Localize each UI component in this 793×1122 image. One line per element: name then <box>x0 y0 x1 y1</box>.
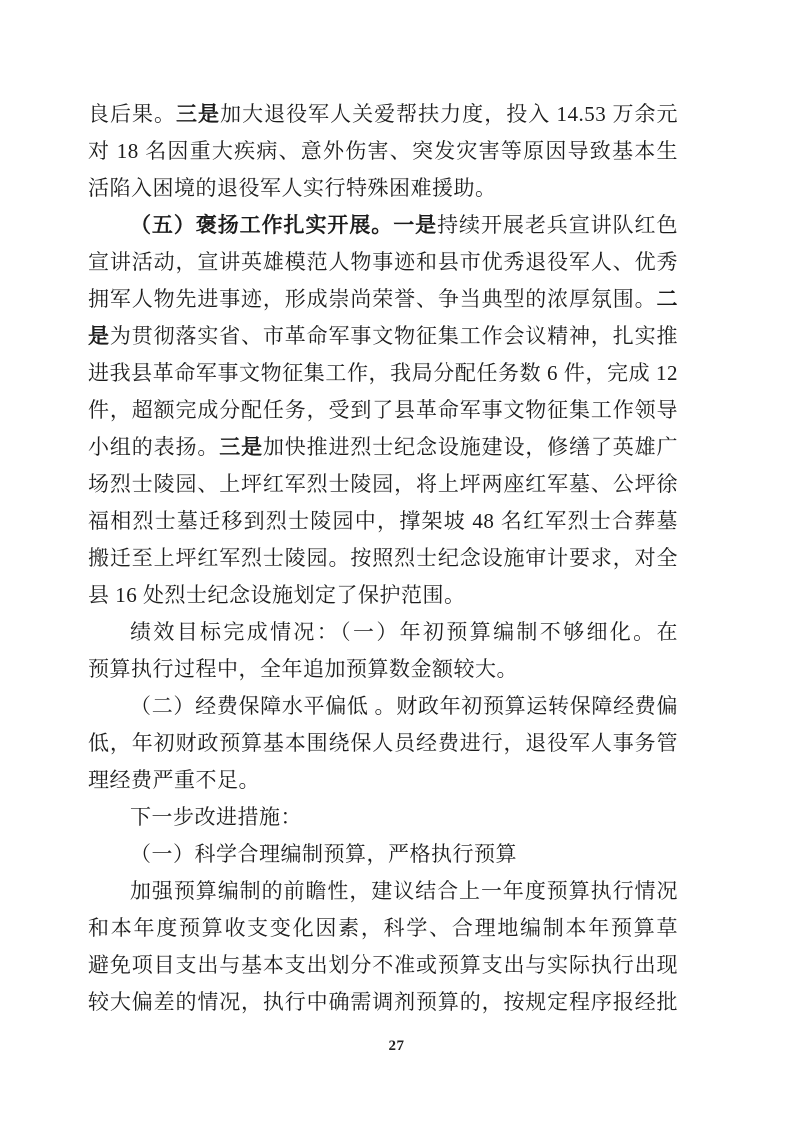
text-segment: 小组的表扬。 <box>88 435 219 459</box>
text-segment: 搬迁至上坪红军烈士陵园。按照烈士纪念设施审计要求，对全 <box>88 546 678 570</box>
text-line: 福相烈士墓迁移到烈士陵园中，撑架坡 48 名红军烈士合葬墓 <box>88 503 678 540</box>
text-line: （五）褒扬工作扎实开展。一是持续开展老兵宣讲队红色 <box>88 207 678 244</box>
text-segment: 和本年度预算收支变化因素，科学、合理地编制本年预算草案， <box>88 916 678 947</box>
document-page: 良后果。三是加大退役军人关爱帮扶力度，投入 14.53 万余元对 18 名因重大… <box>0 0 793 1122</box>
text-segment: 加快推进烈士纪念设施建设，修缮了英雄广 <box>263 435 678 459</box>
text-segment: 县 16 处烈士纪念设施划定了保护范围。 <box>88 583 466 607</box>
text-line: 和本年度预算收支变化因素，科学、合理地编制本年预算草案， <box>88 910 678 947</box>
text-line: 搬迁至上坪红军烈士陵园。按照烈士纪念设施审计要求，对全 <box>88 540 678 577</box>
text-line: 较大偏差的情况，执行中确需调剂预算的，按规定程序报经批 <box>88 984 678 1021</box>
text-line: 理经费严重不足。 <box>88 762 678 799</box>
text-segment: 对 18 名因重大疾病、意外伤害、突发灾害等原因导致基本生 <box>88 139 678 163</box>
text-line: 场烈士陵园、上坪红军烈士陵园，将上坪两座红军墓、公坪徐 <box>88 466 678 503</box>
text-segment: 活陷入困境的退役军人实行特殊困难援助。 <box>88 176 497 200</box>
text-segment: 理经费严重不足。 <box>88 768 260 792</box>
text-segment: 较大偏差的情况，执行中确需调剂预算的，按规定程序报经批 <box>88 990 678 1014</box>
text-segment: 进我县革命军事文物征集工作，我局分配任务数 6 件，完成 12 <box>88 361 678 385</box>
text-segment: 持续开展老兵宣讲队红色 <box>437 213 678 237</box>
text-segment: 下一步改进措施： <box>130 805 302 829</box>
text-line: 避免项目支出与基本支出划分不准或预算支出与实际执行出现 <box>88 947 678 984</box>
text-segment: 加大退役军人关爱帮扶力度，投入 14.53 万余元 <box>220 102 678 126</box>
text-segment: 件，超额完成分配任务，受到了县革命军事文物征集工作领导 <box>88 398 678 422</box>
text-line: 低，年初财政预算基本围绕保人员经费进行，退役军人事务管 <box>88 725 678 762</box>
text-line: 是为贯彻落实省、市革命军事文物征集工作会议精神，扎实推 <box>88 318 678 355</box>
text-line: （一）科学合理编制预算，严格执行预算 <box>88 836 678 873</box>
text-line: 件，超额完成分配任务，受到了县革命军事文物征集工作领导 <box>88 392 678 429</box>
text-line: （二）经费保障水平偏低 。财政年初预算运转保障经费偏 <box>88 688 678 725</box>
text-line: 良后果。三是加大退役军人关爱帮扶力度，投入 14.53 万余元 <box>88 96 678 133</box>
text-segment: 宣讲活动，宣讲英雄模范人物事迹和县市优秀退役军人、优秀 <box>88 250 678 274</box>
text-line: 加强预算编制的前瞻性，建议结合上一年度预算执行情况 <box>88 873 678 910</box>
text-line: 对 18 名因重大疾病、意外伤害、突发灾害等原因导致基本生 <box>88 133 678 170</box>
text-line: 活陷入困境的退役军人实行特殊困难援助。 <box>88 170 678 207</box>
text-segment: 良后果。 <box>88 102 176 126</box>
text-segment: 绩效目标完成情况：（一）年初预算编制不够细化。在 <box>130 620 678 644</box>
text-segment: 预算执行过程中，全年追加预算数金额较大。 <box>88 657 518 681</box>
text-segment: 福相烈士墓迁移到烈士陵园中，撑架坡 48 名红军烈士合葬墓 <box>88 509 678 533</box>
text-segment: （一）科学合理编制预算，严格执行预算 <box>130 842 517 866</box>
text-line: 进我县革命军事文物征集工作，我局分配任务数 6 件，完成 12 <box>88 355 678 392</box>
text-line: 下一步改进措施： <box>88 799 678 836</box>
text-segment: 加强预算编制的前瞻性，建议结合上一年度预算执行情况 <box>130 879 678 903</box>
bold-text-segment: （五）褒扬工作扎实开展。一是 <box>130 213 437 237</box>
text-line: 小组的表扬。三是加快推进烈士纪念设施建设，修缮了英雄广 <box>88 429 678 466</box>
text-segment: 场烈士陵园、上坪红军烈士陵园，将上坪两座红军墓、公坪徐 <box>88 472 678 496</box>
text-segment: 低，年初财政预算基本围绕保人员经费进行，退役军人事务管 <box>88 731 678 755</box>
text-segment: （二）经费保障水平偏低 。财政年初预算运转保障经费偏 <box>130 694 678 718</box>
text-line: 拥军人物先进事迹，形成崇尚荣誉、争当典型的浓厚氛围。二 <box>88 281 678 318</box>
bold-text-segment: 三是 <box>176 102 220 126</box>
bold-text-segment: 是 <box>88 324 110 348</box>
bold-text-segment: 三是 <box>219 435 263 459</box>
text-segment: 避免项目支出与基本支出划分不准或预算支出与实际执行出现 <box>88 953 678 977</box>
page-number: 27 <box>0 1038 793 1055</box>
text-segment: 拥军人物先进事迹，形成崇尚荣誉、争当典型的浓厚氛围。 <box>88 287 657 311</box>
bold-text-segment: 二 <box>657 287 679 311</box>
text-line: 预算执行过程中，全年追加预算数金额较大。 <box>88 651 678 688</box>
text-line: 县 16 处烈士纪念设施划定了保护范围。 <box>88 577 678 614</box>
text-segment: 为贯彻落实省、市革命军事文物征集工作会议精神，扎实推 <box>110 324 678 348</box>
text-line: 宣讲活动，宣讲英雄模范人物事迹和县市优秀退役军人、优秀 <box>88 244 678 281</box>
document-lines: 良后果。三是加大退役军人关爱帮扶力度，投入 14.53 万余元对 18 名因重大… <box>88 96 678 1021</box>
text-line: 绩效目标完成情况：（一）年初预算编制不够细化。在 <box>88 614 678 651</box>
